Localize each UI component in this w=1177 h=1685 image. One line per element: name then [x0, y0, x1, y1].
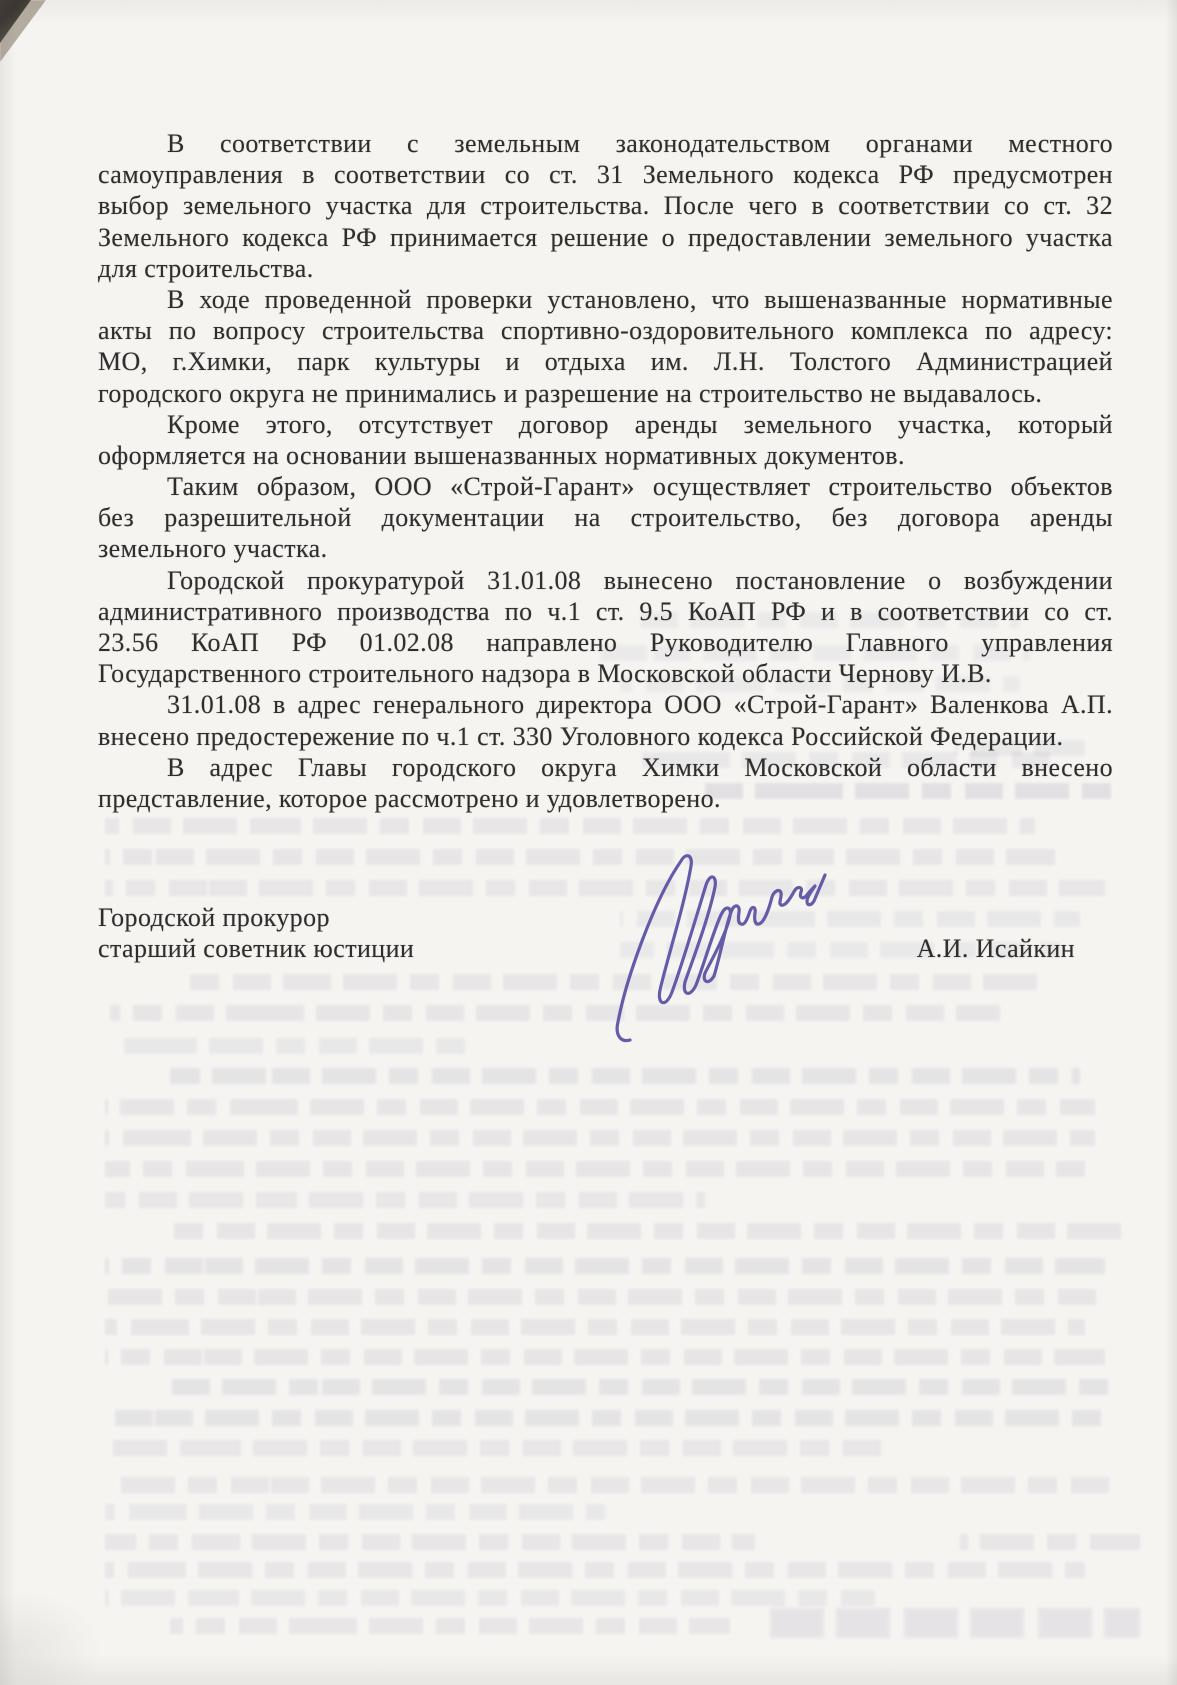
bleedthrough-line	[105, 1440, 885, 1456]
text-line: В соответствии с земельным законодательс…	[98, 128, 1113, 159]
text-line: выбор земельного участка для строительст…	[98, 190, 1113, 221]
bleedthrough-line	[105, 1562, 1085, 1578]
bleedthrough-line	[105, 1099, 1095, 1115]
bleedthrough-line	[105, 1289, 1105, 1305]
document-text: В соответствии с земельным законодательс…	[98, 128, 1113, 814]
bleedthrough-line	[105, 1130, 1095, 1146]
bleedthrough-line	[105, 1504, 605, 1520]
text-line: Земельного кодекса РФ принимается решени…	[98, 222, 1113, 253]
text-line: В адрес Главы городского округа Химки Мо…	[98, 752, 1113, 783]
bleedthrough-stamp	[770, 1608, 1140, 1638]
signer-position-line1: Городской прокурор	[98, 902, 414, 933]
bleedthrough-line	[960, 1534, 1140, 1550]
text-line: Государственного строительного надзора в…	[98, 658, 1113, 689]
text-line: городского округа не принимались и разре…	[98, 378, 1113, 409]
text-line: самоуправления в соответствии со ст. 31 …	[98, 159, 1113, 190]
handwritten-signature	[600, 845, 830, 1045]
text-line: административного производства по ч.1 ст…	[98, 596, 1113, 627]
bleedthrough-line	[105, 849, 1055, 865]
scanned-document-page: В соответствии с земельным законодательс…	[0, 0, 1177, 1685]
bleedthrough-line	[105, 1349, 1105, 1365]
bleedthrough-line	[105, 1534, 755, 1550]
text-line: В ходе проведенной проверки установлено,…	[98, 284, 1113, 315]
text-line: МО, г.Химки, парк культуры и отдыха им. …	[98, 346, 1113, 377]
signer-position: Городской прокурор старший советник юсти…	[98, 902, 414, 964]
text-line: акты по вопросу строительства спортивно-…	[98, 315, 1113, 346]
bleedthrough-line	[110, 1005, 1000, 1021]
bleedthrough-line	[110, 1410, 1110, 1426]
bleedthrough-line	[120, 1477, 1120, 1493]
text-line: Кроме этого, отсутствует договор аренды …	[98, 409, 1113, 440]
text-line: без разрешительной документации на строи…	[98, 502, 1113, 533]
bleedthrough-line	[105, 1319, 1085, 1335]
signature-stroke	[617, 856, 825, 1041]
text-line: представление, которое рассмотрено и удо…	[98, 783, 1113, 814]
text-line: внесено предостережение по ч.1 ст. 330 У…	[98, 721, 1113, 752]
bleedthrough-line	[105, 818, 1035, 834]
bleedthrough-line	[170, 1379, 1120, 1395]
text-line: 23.56 КоАП РФ 01.02.08 направлено Руково…	[98, 627, 1113, 658]
bleedthrough-line	[110, 1038, 465, 1054]
bleedthrough-line	[105, 1192, 705, 1208]
bleedthrough-line	[105, 1161, 1085, 1177]
text-line: для строительства.	[98, 253, 1113, 284]
text-line: оформляется на основании вышеназванных н…	[98, 440, 1113, 471]
signer-position-line2: старший советник юстиции	[98, 933, 414, 964]
signer-name: А.И. Исайкин	[917, 933, 1075, 964]
text-line: Таким образом, ООО «Строй-Гарант» осущес…	[98, 471, 1113, 502]
bleedthrough-line	[105, 1590, 875, 1606]
bleedthrough-line	[170, 1223, 1130, 1239]
bleedthrough-line	[105, 1258, 1105, 1274]
bleedthrough-line	[170, 1618, 730, 1634]
bleedthrough-line	[170, 1068, 1080, 1084]
text-line: земельного участка.	[98, 533, 1113, 564]
text-line: 31.01.08 в адрес генерального директора …	[98, 689, 1113, 720]
text-line: Городской прокуратурой 31.01.08 вынесено…	[98, 565, 1113, 596]
